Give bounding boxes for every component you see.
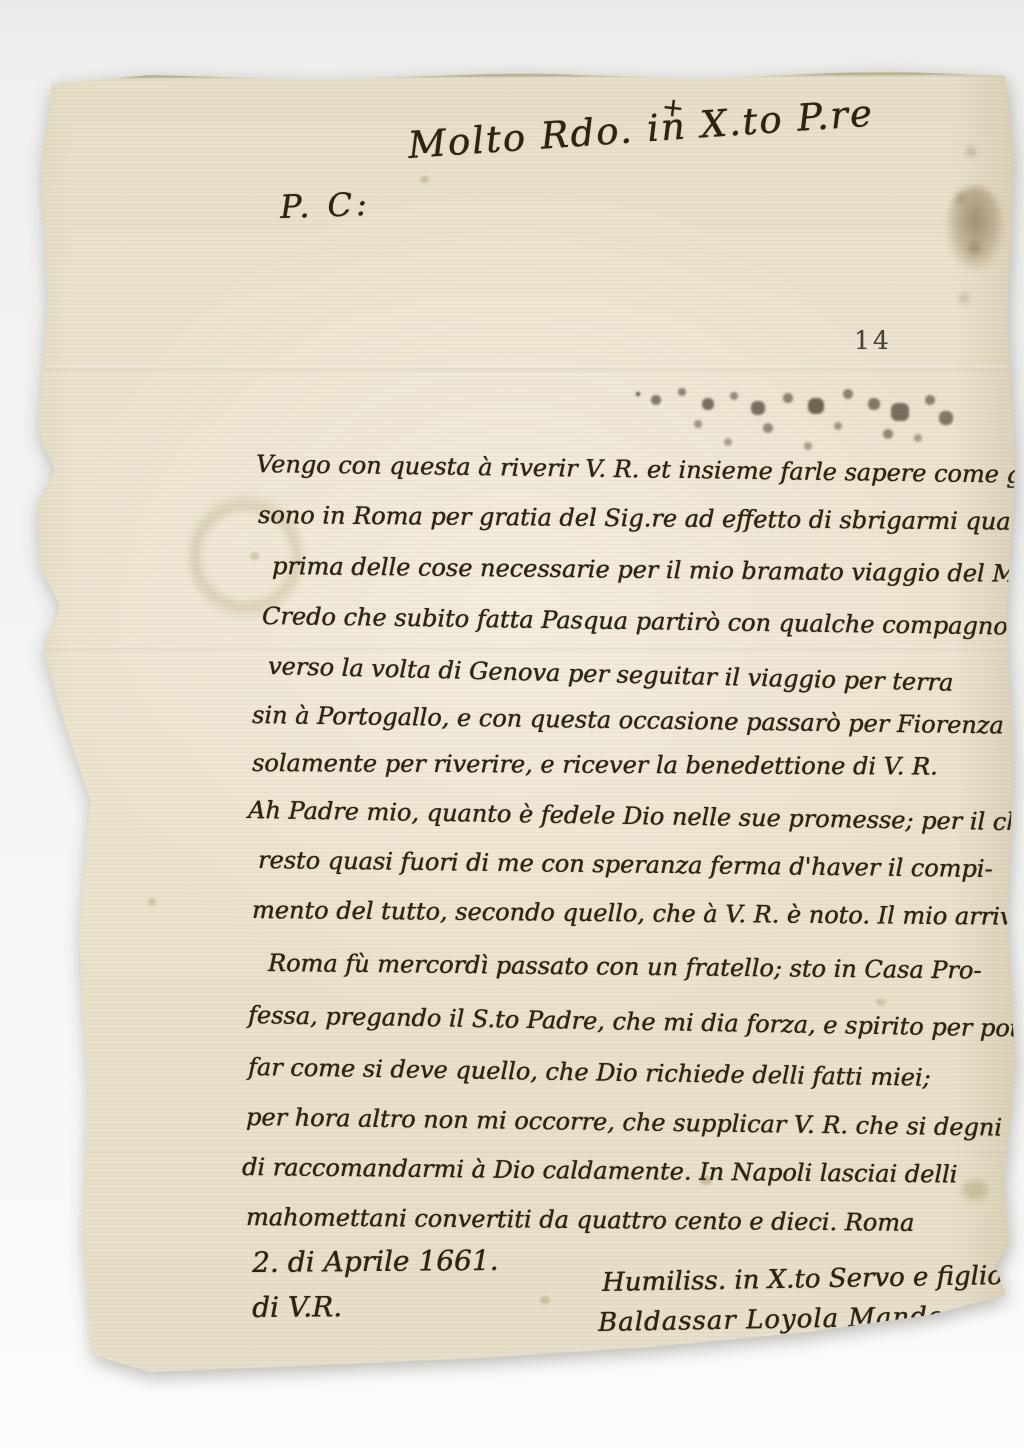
- dateline-date: 2. di Aprile 1661.: [252, 1244, 499, 1279]
- fold-crease: [45, 1148, 1009, 1152]
- fold-crease: [45, 646, 1009, 650]
- greeting-pc: P. C:: [279, 185, 371, 226]
- paper-surface: + Molto Rdo. in X.to P.re P. C: 14 Vengo…: [0, 0, 1024, 1448]
- letter-paper-sheet: + Molto Rdo. in X.to P.re P. C: 14 Vengo…: [0, 0, 1024, 1448]
- folio-number: 14: [854, 326, 892, 355]
- signature: Baldassar Loyola Mandes: [598, 1302, 959, 1338]
- fold-crease: [45, 366, 1009, 370]
- dateline-addressee: di V.R.: [252, 1290, 342, 1324]
- ink-spatter: [636, 392, 640, 396]
- scanned-letter-scene: + Molto Rdo. in X.to P.re P. C: 14 Vengo…: [0, 0, 1024, 1448]
- body-line: mahomettani convertiti da quattro cento …: [246, 1203, 915, 1237]
- body-line: solamente per riverire, e ricever la ben…: [252, 749, 938, 781]
